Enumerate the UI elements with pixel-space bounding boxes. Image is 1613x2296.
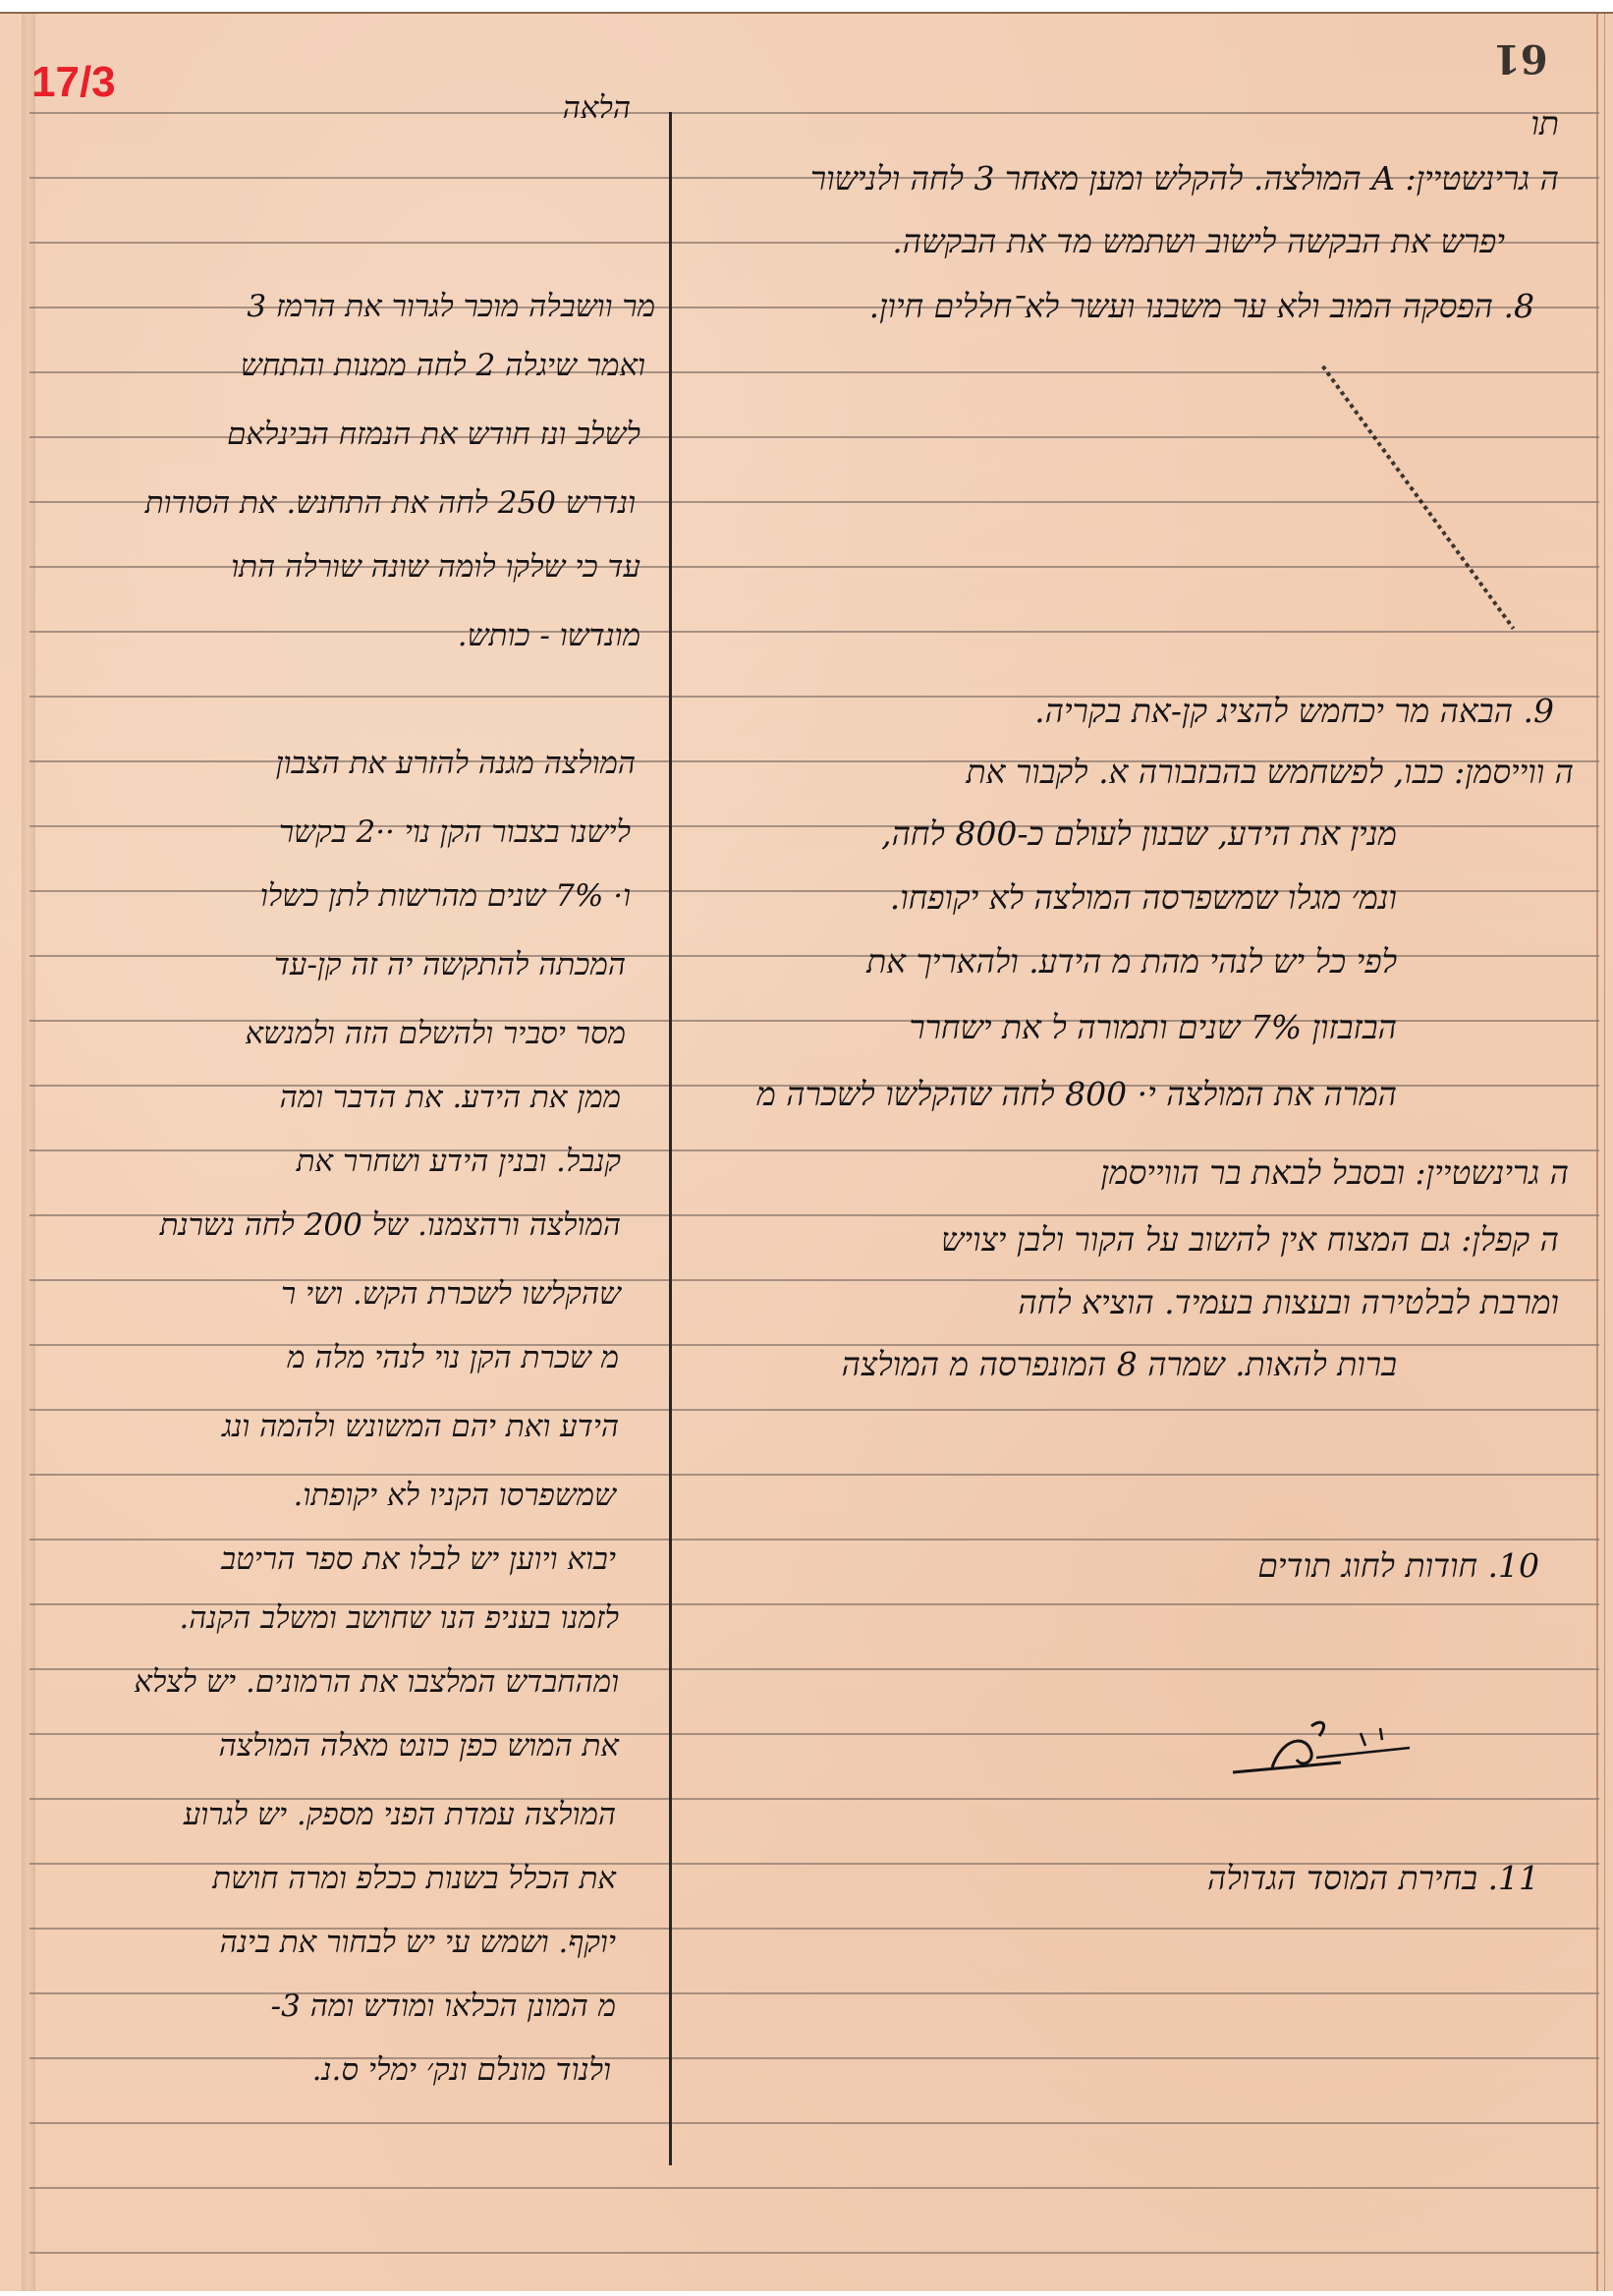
handwritten-line: 10. חודות לחוג תודים — [1257, 1546, 1539, 1586]
ruled-line — [29, 631, 1599, 633]
handwritten-line: את הכלל בשנות ככלפ ומרה חושת — [212, 1861, 616, 1896]
handwritten-line: מר וושבלה מוכר לגרור את הרמז 3 — [247, 289, 655, 324]
handwritten-line: 11. בחירת המוסד הגדולה — [1207, 1859, 1539, 1898]
handwritten-line: המכתה להתקשה יה זה קן-עד — [274, 947, 626, 982]
left-column-header: הלאה — [563, 90, 631, 126]
ruled-line — [29, 1279, 1599, 1281]
handwritten-line: ואמר שיגלה 2 לחה ממנות והתחש — [241, 348, 645, 383]
handwritten-line: 8. הפסקה המוב ולא ער משבנו ועשר לא־חללים… — [869, 287, 1534, 326]
handwritten-line: ונדרש 250 לחה את התחנש. את הסודות — [145, 485, 636, 521]
page-number: 61 — [1493, 35, 1548, 82]
handwritten-line: לשלב ונז חודש את הנמזח הבינלאם — [227, 417, 640, 452]
handwritten-line: המולצה עמדת הפני מספק. יש לגרוע — [184, 1797, 616, 1832]
handwritten-line: ומהחבדש המלצבו את הרמונים. יש לצלא — [134, 1664, 619, 1700]
handwritten-line: ה גרינשטיין: A המולצה. להקלש ומען מאחר 3… — [810, 159, 1559, 198]
handwritten-line: המולצה מגנה להזרע את הצבון — [276, 746, 636, 781]
handwritten-line: ומרבת לבלטירה ובעצות בעמיד. הוציא לחה — [1018, 1283, 1559, 1322]
notebook-page: 17/3 61 הלאה מר וושבלה מוכר לגרור את הרמ… — [0, 12, 1613, 2291]
page-binding-spine — [22, 14, 35, 2291]
handwritten-line: ה גרינשטיין: ובסבל לבאת בר הווייסמן — [1100, 1153, 1569, 1193]
handwritten-line: מ שכרת הקן נוי לנהי מלה מ — [287, 1340, 619, 1375]
handwritten-line: ממן את הידע. את הדבר ומה — [280, 1080, 621, 1115]
handwritten-line: שמשפרסו הקניו לא יקופתו. — [294, 1478, 616, 1513]
handwritten-line: עד כי שלקו לומה שונה שורלה התו — [231, 549, 640, 585]
page-right-edge — [1596, 14, 1605, 2291]
handwritten-line: ולנוד מונלם ונק׳ ימלי ס.נ. — [312, 2052, 611, 2088]
handwritten-line: יוקף. ושמש עי יש לבחור את בינה — [220, 1925, 616, 1960]
handwritten-line: ה קפלן: גם המצוח אין להשוב על הקור ולבן … — [941, 1220, 1559, 1260]
ruled-line — [29, 1474, 1599, 1476]
ruled-line — [29, 2057, 1599, 2059]
date-label: 17/3 — [31, 58, 116, 107]
ruled-line — [29, 112, 1599, 114]
handwritten-line: לזמנו בעניפ הנו שחושב ומשלב הקנה. — [179, 1600, 619, 1636]
ruled-line — [29, 1539, 1599, 1540]
ruled-line — [29, 2252, 1599, 2254]
handwritten-line: יפרש את הבקשה לישוב ושתמש מד את הבקשה. — [892, 222, 1505, 261]
handwritten-line: ברות להאות. שמרה 8 המונפרסה מ המולצה — [842, 1345, 1397, 1384]
handwritten-line: יבוא ויוען יש לבלו את ספר הריטב — [221, 1541, 616, 1577]
handwritten-line: הבזבזון 7% שנים ותמורה ל את ישחרר — [910, 1008, 1398, 1047]
handwritten-line: ו· 7% שנים מהרשות לתן כשלו — [260, 878, 631, 914]
ruled-line — [29, 1992, 1599, 1994]
handwritten-line: מסר יסביר ולהשלם הזה ולמנשא — [245, 1016, 626, 1051]
handwritten-line: שהקלשו לשכרת הקש. ושי ר — [281, 1276, 621, 1312]
handwritten-line: את המוש כפן כונט מאלה המולצה — [219, 1728, 619, 1764]
handwritten-line: מונדשו - כותש. — [458, 618, 640, 653]
signature-scribble — [1213, 1718, 1439, 1787]
handwritten-line: הידע ואת יהם המשונש ולהמה ונג — [222, 1409, 619, 1444]
handwritten-line: לפי כל יש לנהי מהת מ הידע. ולהאריך את — [866, 942, 1397, 981]
handwritten-line: המרה את המולצה י· 800 לחה שהקלשו לשכרה מ — [756, 1075, 1397, 1114]
handwritten-line: 9. הבאה מר יכחמש להציג קן-את בקריה. — [1034, 692, 1554, 731]
handwritten-line: המולצה ורהצמנו. של 200 לחה נשרנת — [160, 1207, 621, 1243]
handwritten-line: לישנו בצבור הקן נוי ··2 בקשר — [279, 814, 631, 850]
right-column-header: תו — [1530, 104, 1559, 143]
diagonal-strike-mark — [1321, 365, 1515, 630]
handwritten-line: ה ווייסמן: כבו, לפשחמש בהבזבורה א. לקבור… — [967, 753, 1574, 792]
handwritten-line: קנבל. ובנין הידע ושחרר את — [297, 1144, 621, 1179]
handwritten-line: מנין את הידע, שבנון לעולם כ-800 לחה, — [881, 814, 1397, 854]
column-divider — [669, 112, 672, 2165]
ruled-line — [29, 1149, 1599, 1151]
ruled-line — [29, 2187, 1599, 2189]
handwritten-line: מ המונן הכלאו ומודש ומה 3- — [271, 1988, 616, 2024]
handwritten-line: ונמ׳ מגלו שמשפרסה המולצה לא יקופחו. — [890, 878, 1397, 918]
ruled-line — [29, 2122, 1599, 2124]
